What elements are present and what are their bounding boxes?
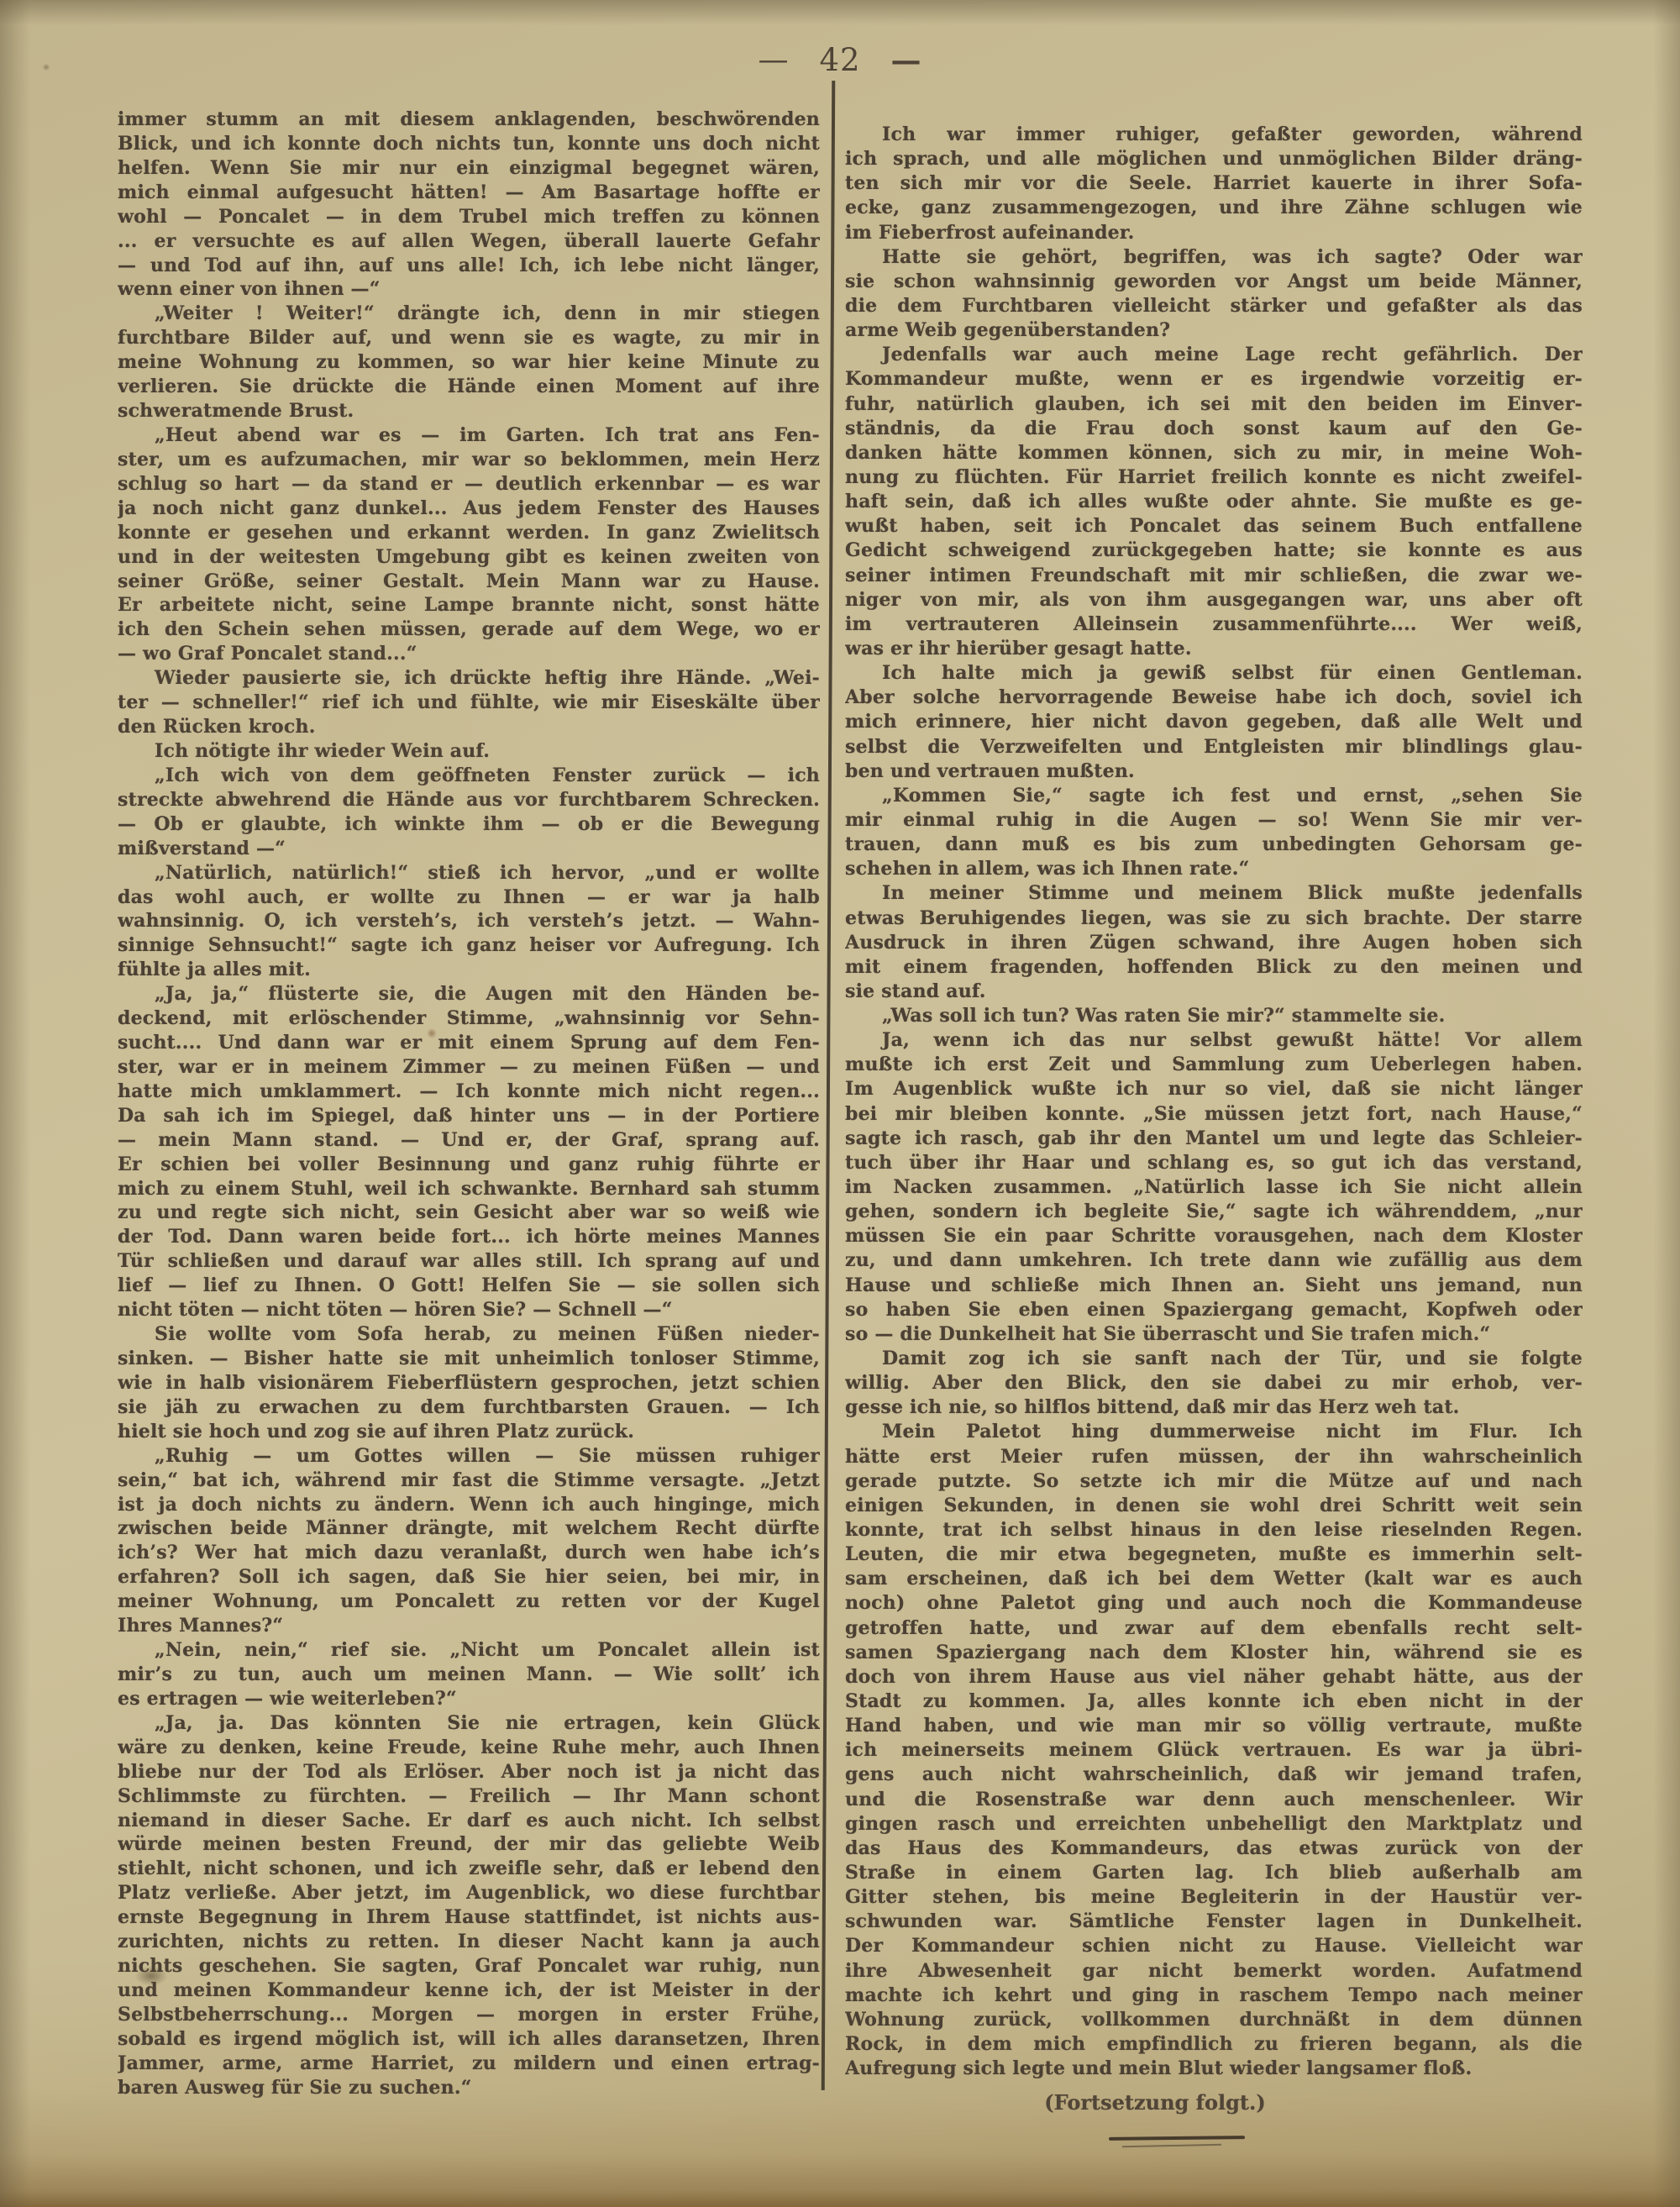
text-line: ... er versuchte es auf allen Wegen, übe… xyxy=(118,229,820,254)
text-line: fühlte ja alles mit. xyxy=(118,958,820,982)
text-line: sam erscheinen, daß ich bei dem Wetter (… xyxy=(845,1567,1583,1591)
text-line: hielt sie hoch und zog sie auf ihren Pla… xyxy=(118,1420,820,1444)
text-line: furchtbare Bilder auf, und wenn sie es w… xyxy=(118,326,820,350)
text-line: Da sah ich im Spiegel, daß hinter uns — … xyxy=(118,1104,820,1128)
text-line: Er arbeitete nicht, seine Lampe brannte … xyxy=(118,593,820,617)
text-line: sie stand auf. xyxy=(845,980,1583,1004)
text-line: meine Wohnung zu kommen, so war hier kei… xyxy=(118,350,820,375)
text-line: samen Spaziergang nach dem Kloster hin, … xyxy=(845,1641,1583,1665)
text-line: Wohnung zurück, vollkommen durchnäßt in … xyxy=(845,2008,1583,2032)
header-dash-right: — xyxy=(891,43,922,78)
text-line: mich zu einem Stuhl, weil ich schwankte.… xyxy=(118,1177,820,1201)
text-line: nichts geschehen. Sie sagten, Graf Ponca… xyxy=(118,1954,820,1978)
header-dash-left: — xyxy=(758,43,789,77)
text-line: zu und regte sich nicht, sein Gesicht ab… xyxy=(118,1201,820,1225)
section-end-rule-thin xyxy=(1122,2144,1221,2147)
text-line: schlug so hart — da stand er — deutlich … xyxy=(118,472,820,497)
text-line: Wieder pausierte sie, ich drückte heftig… xyxy=(118,666,820,691)
text-line: „Ruhig — um Gottes willen — Sie müssen r… xyxy=(118,1444,820,1469)
text-line: „Weiter ! Weiter!“ drängte ich, denn in … xyxy=(118,302,820,326)
text-line: mich einmal aufgesucht hätten! — Am Basa… xyxy=(118,181,820,205)
text-line: Aufregung sich legte und mein Blut wiede… xyxy=(845,2057,1583,2081)
text-line: stiehlt, nicht schonen, und ich zweifle … xyxy=(118,1857,820,1881)
text-line: ich den Schein sehen müssen, gerade auf … xyxy=(118,617,820,642)
text-line: nicht töten — nicht töten — hören Sie? —… xyxy=(118,1298,820,1322)
text-line: wäre zu denken, keine Freude, keine Ruhe… xyxy=(118,1736,820,1760)
continuation-notice: (Fortsetzung folgt.) xyxy=(786,2090,1524,2115)
text-line: Leuten, die mir etwa begegneten, mußte e… xyxy=(845,1542,1583,1567)
text-line: mißverstand —“ xyxy=(118,837,820,861)
text-line: Hause und schließe mich Ihnen an. Sieht … xyxy=(845,1274,1583,1298)
text-line: Ausdruck in ihren Zügen schwand, ihre Au… xyxy=(845,931,1583,955)
text-line: und die Rosenstraße war denn auch mensch… xyxy=(845,1788,1583,1812)
text-line: wußt haben, seit ich Poncalet das seinem… xyxy=(845,514,1583,539)
text-line: ja noch nicht ganz dunkel... Aus jedem F… xyxy=(118,497,820,521)
text-line: etwas Beruhigendes liegen, was sie zu si… xyxy=(845,906,1583,931)
text-line: sagte ich rasch, gab ihr den Mantel um u… xyxy=(845,1127,1583,1151)
text-line: ihre Abwesenheit gar nicht bemerkt worde… xyxy=(845,1959,1583,1984)
text-line: „Ich wich von dem geöffneten Fenster zur… xyxy=(118,764,820,788)
text-line: willig. Aber den Blick, den sie dabei zu… xyxy=(845,1371,1583,1395)
text-line: Aber solche hervorragende Beweise habe i… xyxy=(845,686,1583,710)
text-line: schweratmende Brust. xyxy=(118,399,820,423)
text-line: „Ja, ja,“ flüsterte sie, die Augen mit d… xyxy=(118,982,820,1006)
text-line: sein,“ bat ich, während mir fast die Sti… xyxy=(118,1469,820,1493)
text-line: sobald es irgend möglich ist, will ich a… xyxy=(118,2027,820,2052)
text-line: gens auch nicht wahrscheinlich, daß wir … xyxy=(845,1763,1583,1787)
text-line: noch) ohne Paletot ging und auch noch di… xyxy=(845,1591,1583,1616)
page-number: 42 xyxy=(819,42,860,78)
text-line: bliebe nur der Tod als Erlöser. Aber noc… xyxy=(118,1760,820,1784)
text-line: haft sein, daß ich alles wußte oder ahnt… xyxy=(845,490,1583,514)
text-line: Straße in einem Garten lag. Ich blieb au… xyxy=(845,1861,1583,1885)
text-line: das wohl auch, er wollte zu Ihnen — er w… xyxy=(118,885,820,910)
text-line: und in der weitesten Umgebung gibt es ke… xyxy=(118,545,820,570)
text-line: wie in halb visionärem Fieberflüstern ge… xyxy=(118,1371,820,1395)
text-line: In meiner Stimme und meinem Blick mußte … xyxy=(845,881,1583,906)
text-line: sinken. — Bisher hatte sie mit unheimlic… xyxy=(118,1347,820,1371)
text-line: würde meinen besten Freund, der mir das … xyxy=(118,1832,820,1857)
left-column: immer stumm an mit diesem anklagenden, b… xyxy=(118,108,820,2100)
text-line: „Ja, ja. Das könnten Sie nie ertragen, k… xyxy=(118,1711,820,1736)
text-line: konnte, trat ich selbst hinaus in den le… xyxy=(845,1518,1583,1542)
text-line: hatte mich umklammert. — Ich konnte mich… xyxy=(118,1080,820,1104)
text-line: trauen, dann muß es bis zum unbedingten … xyxy=(845,833,1583,857)
text-line: bei mir bleiben konnte. „Sie müssen jetz… xyxy=(845,1102,1583,1127)
text-line: Stadt zu kommen. Ja, alles konnte ich eb… xyxy=(845,1689,1583,1714)
text-line: — wo Graf Poncalet stand...“ xyxy=(118,642,820,666)
text-line: hätte erst Meier rufen müssen, der ihn w… xyxy=(845,1445,1583,1469)
text-line: Rock, in dem mich empfindlich zu frieren… xyxy=(845,2032,1583,2057)
text-line: Ich halte mich ja gewiß selbst für einen… xyxy=(845,661,1583,686)
text-line: ist ja doch nichts zu ändern. Wenn ich a… xyxy=(118,1493,820,1517)
text-line: wohl — Poncalet — in dem Trubel mich tre… xyxy=(118,205,820,229)
text-line: mir’s zu tun, auch um meinen Mann. — Wie… xyxy=(118,1663,820,1687)
text-line: ich meinerseits meinem Glück vertrauen. … xyxy=(845,1738,1583,1763)
text-line: im vertrauteren Alleinsein zusammenführt… xyxy=(845,612,1583,637)
text-line: immer stumm an mit diesem anklagenden, b… xyxy=(118,108,820,132)
text-line: „Nein, nein,“ rief sie. „Nicht um Poncal… xyxy=(118,1638,820,1663)
text-line: Er schien bei voller Besinnung und ganz … xyxy=(118,1153,820,1177)
text-line: Platz verließe. Aber jetzt, im Augenblic… xyxy=(118,1881,820,1905)
section-end-rule xyxy=(1109,2136,1245,2141)
text-line: was er ihr hierüber gesagt hatte. xyxy=(845,637,1583,661)
text-line: den Rücken kroch. xyxy=(118,715,820,739)
text-line: wahnsinnig. O, ich versteh’s, ich verste… xyxy=(118,909,820,933)
text-line: gehen, sondern ich begleite Sie,“ sagte … xyxy=(845,1200,1583,1224)
text-line: ich sprach, und alle möglichen und unmög… xyxy=(845,147,1583,171)
text-line: im Fieberfrost aufeinander. xyxy=(845,221,1583,245)
text-line: ernste Begegnung in Ihrem Hause stattfin… xyxy=(118,1905,820,1930)
text-line: mich erinnere, hier nicht davon gegeben,… xyxy=(845,710,1583,734)
text-line: selbst die Verzweifelten und Entgleisten… xyxy=(845,735,1583,759)
text-line: seiner Größe, seiner Gestalt. Mein Mann … xyxy=(118,570,820,594)
text-line: doch von ihrem Hause aus viel näher geha… xyxy=(845,1665,1583,1689)
text-line: es ertragen — wie weiterleben?“ xyxy=(118,1687,820,1711)
text-line: danken hätte kommen können, sich zu mir,… xyxy=(845,441,1583,465)
text-line: schehen in allem, was ich Ihnen rate.“ xyxy=(845,857,1583,881)
book-page: — 42 — immer stumm an mit diesem anklage… xyxy=(0,0,1680,2207)
text-line: und meinen Kommandeur kenne ich, der ist… xyxy=(118,1978,820,2003)
text-line: konnte er gesehen und erkannt werden. In… xyxy=(118,521,820,545)
text-line: Gedicht schweigend zurückgegeben hatte; … xyxy=(845,539,1583,563)
text-line: ter — schneller!“ rief ich und fühlte, w… xyxy=(118,691,820,715)
text-line: — und Tod auf ihn, auf uns alle! Ich, ic… xyxy=(118,254,820,278)
text-line: Jedenfalls war auch meine Lage recht gef… xyxy=(845,343,1583,367)
text-line: seiner intimen Freundschaft mit mir schl… xyxy=(845,564,1583,588)
text-line: so haben Sie eben einen Spaziergang gema… xyxy=(845,1298,1583,1322)
text-line: Gitter stehen, bis meine Begleiterin in … xyxy=(845,1885,1583,1910)
text-line: deckend, mit erlöschender Stimme, „wahns… xyxy=(118,1006,820,1031)
text-line: Ich nötigte ihr wieder Wein auf. xyxy=(118,739,820,764)
text-line: gerade putzte. So setzte ich mir die Müt… xyxy=(845,1469,1583,1494)
text-line: nung zu flüchten. Für Harriet freilich k… xyxy=(845,465,1583,490)
text-line: ecke, ganz zusammengezogen, und ihre Zäh… xyxy=(845,196,1583,220)
text-line: Selbstbeherrschung... Morgen — morgen in… xyxy=(118,2003,820,2027)
text-line: niger von mir, als von ihm ausgegangen w… xyxy=(845,588,1583,612)
text-line: getroffen hatte, und zwar auf dem ebenfa… xyxy=(845,1616,1583,1641)
text-line: ster, war er in meinem Zimmer — zu meine… xyxy=(118,1055,820,1080)
text-line: erfahren? Soll ich sagen, daß Sie hier s… xyxy=(118,1565,820,1590)
text-line: sie jäh zu erwachen zu dem furchtbarsten… xyxy=(118,1395,820,1420)
text-line: Sie wollte vom Sofa herab, zu meinen Füß… xyxy=(118,1322,820,1347)
text-line: — mein Mann stand. — Und er, der Graf, s… xyxy=(118,1128,820,1153)
text-line: ster, um es aufzumachen, mir war so bekl… xyxy=(118,448,820,472)
text-line: Tür schließen und darauf war alles still… xyxy=(118,1249,820,1274)
text-line: das Haus des Kommandeurs, das etwas zurü… xyxy=(845,1837,1583,1861)
text-line: streckte abwehrend die Hände aus vor fur… xyxy=(118,788,820,812)
text-line: sucht.... Und dann war er mit einem Spru… xyxy=(118,1031,820,1055)
text-line: Damit zog ich sie sanft nach der Tür, un… xyxy=(845,1347,1583,1371)
text-line: fuhr, natürlich glauben, ich sei mit den… xyxy=(845,392,1583,417)
text-line: einigen Sekunden, in denen sie wohl drei… xyxy=(845,1494,1583,1518)
text-line: mit einem fragenden, hoffenden Blick zu … xyxy=(845,955,1583,980)
text-line: arme Weib gegenüberstanden? xyxy=(845,318,1583,343)
text-line: Hand haben, und wie man mir so völlig ve… xyxy=(845,1714,1583,1738)
text-line: ich’s? Wer hat mich dazu veranlaßt, durc… xyxy=(118,1541,820,1565)
text-line: Schlimmste zu fürchten. — Freilich — Ihr… xyxy=(118,1784,820,1809)
text-line: „Was soll ich tun? Was raten Sie mir?“ s… xyxy=(845,1004,1583,1028)
text-line: im Nacken zusammen. „Natürlich lasse ich… xyxy=(845,1175,1583,1200)
text-line: „Heut abend war es — im Garten. Ich trat… xyxy=(118,423,820,448)
text-line: Ja, wenn ich das nur selbst gewußt hätte… xyxy=(845,1028,1583,1053)
text-line: mußte ich erst Zeit und Sammlung zum Ueb… xyxy=(845,1053,1583,1077)
text-line: „Kommen Sie,“ sagte ich fest und ernst, … xyxy=(845,784,1583,808)
right-column: Ich war immer ruhiger, gefaßter geworden… xyxy=(845,123,1583,2081)
text-line: zu, und dann umkehren. Ich trete dann wi… xyxy=(845,1248,1583,1273)
text-line: sinnige Sehnsucht!“ sagte ich ganz heise… xyxy=(118,933,820,958)
text-line: meiner Wohnung, um Poncalett zu retten v… xyxy=(118,1590,820,1614)
text-line: sie schon wahnsinnig geworden vor Angst … xyxy=(845,270,1583,294)
text-line: baren Ausweg für Sie zu suchen.“ xyxy=(118,2076,820,2100)
text-line: lief — lief zu Ihnen. O Gott! Helfen Sie… xyxy=(118,1274,820,1298)
text-line: Blick, und ich konnte doch nichts tun, k… xyxy=(118,132,820,156)
column-divider-rule xyxy=(822,81,836,2090)
text-line: zwischen beide Männer drängte, mit welch… xyxy=(118,1516,820,1541)
text-line: gingen rasch und erreichten unbehelligt … xyxy=(845,1812,1583,1837)
text-line: — Ob er glaubte, ich winkte ihm — ob er … xyxy=(118,812,820,837)
text-line: müssen Sie ein paar Schritte vorausgehen… xyxy=(845,1224,1583,1248)
text-line: ben und vertrauen mußten. xyxy=(845,759,1583,784)
text-line: wenn einer von ihnen —“ xyxy=(118,277,820,302)
text-line: Ich war immer ruhiger, gefaßter geworden… xyxy=(845,123,1583,147)
text-line: „Natürlich, natürlich!“ stieß ich hervor… xyxy=(118,861,820,885)
page-header: — 42 — xyxy=(0,42,1680,78)
text-line: helfen. Wenn Sie mir nur ein einzigmal b… xyxy=(118,156,820,181)
text-line: Jammer, arme, arme Harriet, zu mildern u… xyxy=(118,2052,820,2076)
text-line: Im Augenblick wußte ich nur so viel, daß… xyxy=(845,1077,1583,1101)
text-line: verlieren. Sie drückte die Hände einen M… xyxy=(118,375,820,399)
text-line: zurichten, nichts zu retten. In dieser N… xyxy=(118,1930,820,1954)
text-line: tuch über ihr Haar und schlang es, so gu… xyxy=(845,1151,1583,1175)
text-line: machte ich kehrt und ging in raschem Tem… xyxy=(845,1984,1583,2008)
text-line: gesse ich nie, so hilflos bittend, daß m… xyxy=(845,1395,1583,1420)
text-line: niemand in dieser Sache. Er darf es auch… xyxy=(118,1809,820,1833)
text-line: Der Kommandeur schien nicht zu Hause. Vi… xyxy=(845,1934,1583,1958)
text-line: Mein Paletot hing dummerweise nicht im F… xyxy=(845,1420,1583,1444)
text-line: mir einmal ruhig in die Augen — so! Wenn… xyxy=(845,808,1583,833)
text-line: so — die Dunkelheit hat Sie überrascht u… xyxy=(845,1322,1583,1347)
text-line: Hatte sie gehört, begriffen, was ich sag… xyxy=(845,245,1583,270)
text-line: ständnis, da die Frau doch sonst kaum au… xyxy=(845,417,1583,441)
text-line: ten sich mir vor die Seele. Harriet kaue… xyxy=(845,171,1583,196)
text-line: schwunden war. Sämtliche Fenster lagen i… xyxy=(845,1910,1583,1934)
text-line: die dem Furchtbaren vielleicht stärker u… xyxy=(845,294,1583,318)
text-line: Ihres Mannes?“ xyxy=(118,1614,820,1638)
text-line: der Tod. Dann waren beide fort... ich hö… xyxy=(118,1225,820,1249)
text-line: Kommandeur mußte, wenn er es irgendwie v… xyxy=(845,367,1583,391)
